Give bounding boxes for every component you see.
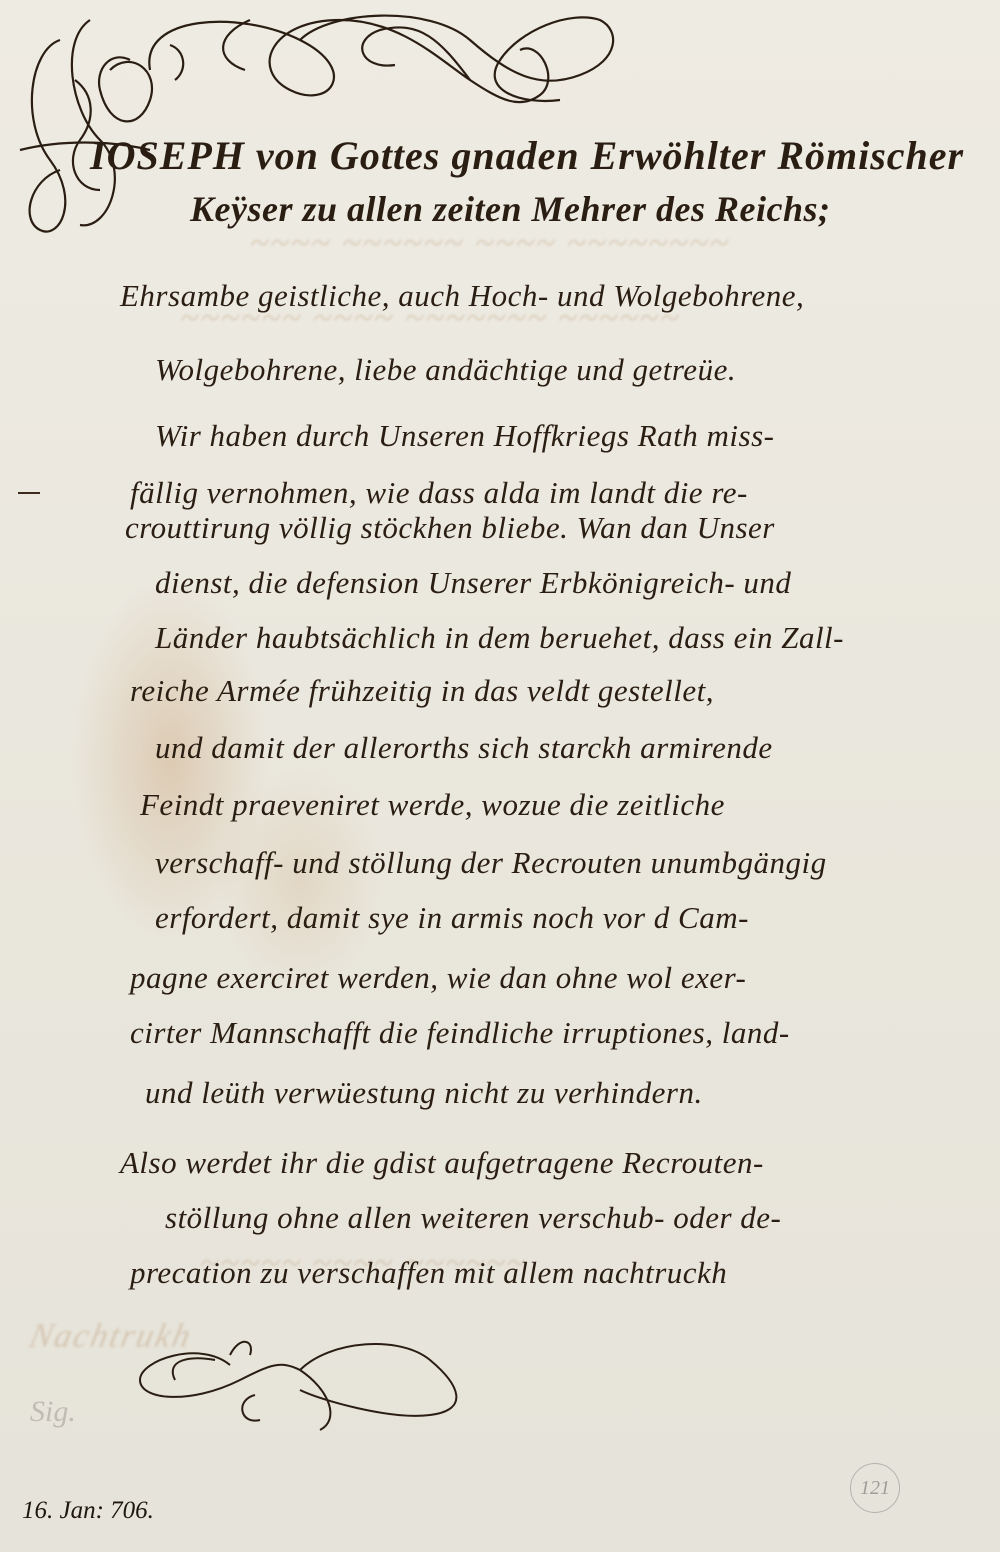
body-line: fällig vernohmen, wie dass alda im landt…	[130, 475, 748, 511]
body-line: pagne exerciret werden, wie dan ohne wol…	[130, 960, 746, 996]
body-line: reiche Armée frühzeitig in das veldt ges…	[130, 673, 714, 709]
folio-number-stamp: 121	[850, 1463, 900, 1513]
body-line: crouttirung völlig stöckhen bliebe. Wan …	[125, 510, 775, 546]
body-line: Länder haubtsächlich in dem beruehet, da…	[155, 620, 844, 656]
body-line: cirter Mannschafft die feindliche irrupt…	[130, 1015, 790, 1051]
letter-heading-line-2: Keÿser zu allen zeiten Mehrer des Reichs…	[190, 188, 830, 230]
body-line: Wolgebohrene, liebe andächtige und getre…	[155, 352, 736, 388]
body-line: Feindt praeveniret werde, wozue die zeit…	[140, 787, 725, 823]
body-line: Wir haben durch Unseren Hoffkriegs Rath …	[155, 418, 774, 454]
body-line: precation zu verschaffen mit allem nacht…	[130, 1255, 727, 1291]
body-line: Also werdet ihr die gdist aufgetragene R…	[120, 1145, 764, 1181]
body-line: stöllung ohne allen weiteren verschub- o…	[165, 1200, 781, 1236]
body-line: und leüth verwüestung nicht zu verhinder…	[145, 1075, 703, 1111]
bottom-flourish-ornament	[0, 1320, 1000, 1460]
initial-letter-flourish	[0, 0, 200, 260]
margin-mark	[18, 492, 40, 494]
body-line: dienst, die defension Unserer Erbkönigre…	[155, 565, 791, 601]
bleed-through-text: ~~~~ ~~~~~~ ~~~~ ~~~~~~~~	[246, 225, 734, 263]
pencil-annotation: Sig.	[30, 1395, 76, 1429]
body-line: erfordert, damit sye in armis noch vor d…	[155, 900, 749, 936]
body-line: verschaff- und stöllung der Recrouten un…	[155, 845, 827, 881]
body-line: und damit der allerorths sich starckh ar…	[155, 730, 773, 766]
body-line: Ehrsambe geistliche, auch Hoch- und Wolg…	[120, 278, 804, 314]
letter-date: 16. Jan: 706.	[22, 1497, 154, 1525]
letter-heading-line-1: IOSEPH von Gottes gnaden Erwöhlter Römis…	[90, 132, 964, 179]
